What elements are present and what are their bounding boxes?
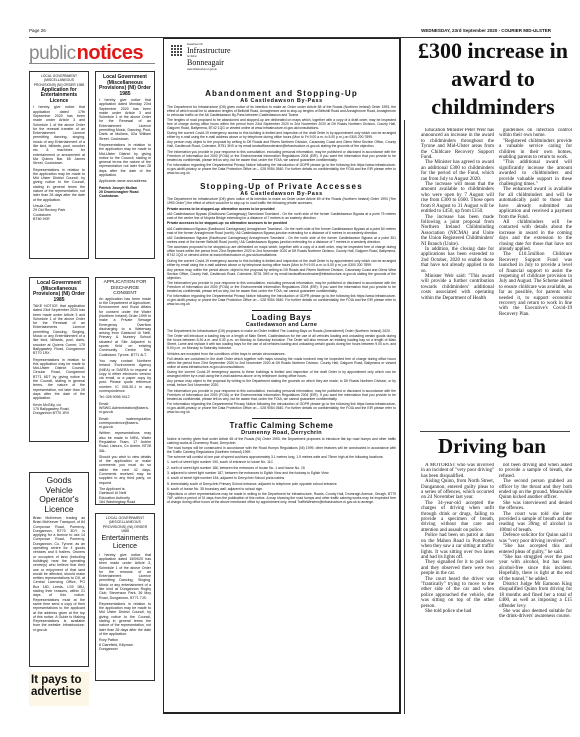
- section-masthead: public notices: [29, 42, 155, 64]
- column-rule: [404, 120, 405, 714]
- paragraph: The court heard the driver was "frantica…: [421, 577, 494, 609]
- notice-kicker: LOCAL GOVERNMENT (MISCELLANEOUS PROVISIO…: [99, 516, 151, 534]
- story-driving-ban-col-2: not been driving and when asked to provi…: [499, 463, 572, 701]
- paragraph: Education Minister Peter Weir has announ…: [421, 128, 494, 160]
- notice-kicker: LOCAL GOVERNMENT (MISCELLANEOUS PROVISIO…: [33, 74, 85, 87]
- notice-para: The Order will introduce a loading bay o…: [167, 334, 396, 350]
- notice-para: The Department for Infrastructure (DfI) …: [167, 105, 396, 117]
- paragraph: She was also deemed suitable for the dri…: [499, 609, 572, 620]
- paragraph: She told police she had: [421, 609, 494, 614]
- notice-body: Should you wish to view details of the a…: [99, 455, 151, 485]
- signoff-line: BT80 9XR: [33, 217, 85, 221]
- notice-body: You may contact Northern Ireland Environ…: [99, 359, 151, 393]
- notice-para: Private access to be stopped-up: alterna…: [167, 207, 396, 211]
- paragraph: Defence solicitor for Quinn said it was …: [499, 533, 572, 544]
- list-item: 4. south of street light number 184, adj…: [167, 476, 396, 480]
- notice-para: The information you provide in your resp…: [167, 389, 396, 401]
- paragraph: The increase has been made following a j…: [421, 215, 494, 247]
- notice-para: Any person may, within the period above,…: [167, 268, 396, 280]
- notice-body: I hereby give notice that application da…: [33, 105, 85, 165]
- notice-body: Applicants name and address:: [99, 179, 151, 183]
- story-childminders-col-1: Education Minister Peter Weir has announ…: [421, 128, 494, 425]
- paragraph: "Registered childminders provide a valua…: [499, 139, 572, 161]
- notice-body: I hereby give notice that application da…: [99, 553, 151, 600]
- notice-contact-email: Email: waterregulation correspondence@da…: [99, 417, 151, 430]
- notice-para: •A6 Castledawson Bypass (Eastbound Carri…: [167, 227, 396, 235]
- paragraph: They signalled for it to pull over and t…: [421, 560, 494, 576]
- paragraph: Police had been on patrol at 4am on the …: [421, 533, 494, 560]
- paragraph: The enhanced award is available for all …: [499, 187, 572, 219]
- notice-entertainments-licence-rugby-club: LOCAL GOVERNMENT (MISCELLANEOUS PROVISIO…: [95, 513, 155, 681]
- paragraph: The £10.5million Childcare Recovery Supp…: [499, 252, 572, 317]
- paragraph: The second person grabbed an officer by …: [499, 479, 572, 501]
- notice-para: For information regarding the Department…: [167, 163, 396, 175]
- notice-para: Any person may object to the proposal by…: [167, 379, 396, 387]
- paragraph: A MOTORIST who was involved in an incide…: [421, 463, 494, 479]
- section-title-private-accesses: Stopping-Up of Private Accesses: [167, 182, 396, 191]
- list-item: 2. north of street light number 186, bet…: [167, 466, 396, 470]
- notice-para: Objections or other representations may …: [167, 492, 396, 504]
- dfi-emblem-icon: [171, 45, 183, 57]
- dfi-logo: Department for Infrastructure An Roinn B…: [167, 43, 396, 79]
- notice-para: For information regarding the Department…: [167, 402, 396, 414]
- notice-para: Notice is hereby given that under Articl…: [167, 437, 396, 445]
- advert-line-1: It pays to: [31, 674, 87, 686]
- list-item: 3. adjacent to street light number 187, …: [167, 471, 396, 475]
- notice-body: TAKE NOTICE that application dated 23rd …: [33, 304, 85, 356]
- notice-goods-vehicle-operator-licence: Goods Vehicle Operator's Licence Brian M…: [29, 472, 89, 667]
- story-driving-ban-col-1: A MOTORIST who was involved in an incide…: [421, 463, 494, 701]
- notice-para: Any person may object to the proposal by…: [167, 140, 396, 148]
- notice-title: Entertainments Licence: [99, 535, 151, 551]
- notice-para: The information you provide in your resp…: [167, 150, 396, 162]
- dfi-notices-block: Department for Infrastructure An Roinn B…: [163, 38, 401, 714]
- house-advert: It pays to advertise: [29, 672, 89, 706]
- notice-para: The Department for Infrastructure (DfI) …: [167, 329, 396, 333]
- notice-para: The accesses proposed to be stopped-up a…: [167, 245, 396, 257]
- paragraph: She was interviewed and denied the offen…: [499, 501, 572, 512]
- notice-para: The lengths of road proposed to be aband…: [167, 118, 396, 130]
- signoff-line: Dungannon BT70 1RX: [33, 411, 85, 415]
- headline-childminders: £300 increase in award to childminders: [407, 37, 579, 121]
- notice-contact-email: Email: WSWG.Administration@daera-ni.gov.…: [99, 402, 151, 415]
- notice-contact-phone: Tel: 028 9056 9412: [99, 395, 151, 399]
- list-item: 1. north of street light number 190, sou…: [167, 460, 396, 464]
- notice-para: During the current Covid-19 emergency ac…: [167, 259, 396, 267]
- notice-para: During the current Covid-19 emergency ac…: [167, 131, 396, 139]
- notice-body: Representations in relation to the appli…: [99, 602, 151, 636]
- signoff-line: COALISLAND: [99, 504, 151, 505]
- signoff-line: Cookstown.: [99, 194, 151, 198]
- page-number: Page 26: [29, 28, 46, 33]
- notice-entertainment-licence-mullans: Local Government (Miscellaneous Provisio…: [95, 71, 155, 259]
- paragraph: The increase will mean that the amount a…: [421, 182, 494, 214]
- masthead-word-public: public: [29, 43, 76, 65]
- paragraph: The Minister has agreed to award an addi…: [421, 160, 494, 182]
- paragraph: "She has accepted this and entered pleas…: [499, 544, 572, 555]
- paragraph: Minister Weir said: "This award will pro…: [421, 274, 494, 301]
- notice-para: The scheme will consist of one pair of s…: [167, 455, 396, 459]
- notice-body: Representations in relation to this appl…: [33, 358, 85, 401]
- notice-para: •A6 Castledawson Bypass (Eastbound Carri…: [167, 212, 396, 220]
- paragraph: The court was told she later provided a …: [499, 512, 572, 534]
- paragraph: District Judge Mr Eamonn King disqualifi…: [499, 582, 572, 609]
- notice-body: I hereby give notice that application da…: [99, 98, 151, 141]
- paragraph: All childminders will be contacted with …: [499, 220, 572, 252]
- notice-title: Local Government (Miscellaneous Provisio…: [99, 75, 151, 97]
- section-divider: [252, 179, 312, 180]
- notice-body: Written representations may also be made…: [99, 431, 151, 452]
- masthead-word-notices: notices: [77, 42, 144, 65]
- notice-body: An application has been made to the Depa…: [99, 297, 151, 357]
- paragraph: guidelines on infection control within t…: [499, 128, 572, 139]
- section-title-loading-bays: Loading Bays: [167, 313, 396, 322]
- notice-body: Representations in relation to the appli…: [99, 143, 151, 177]
- section-divider: [252, 418, 312, 419]
- paragraph: Aisling Quinn, from North Street, Dungan…: [421, 479, 494, 501]
- section-title-abandonment: Abandonment and Stopping-Up: [167, 89, 396, 98]
- dfi-url: www.infrastructure-ni.gov.uk: [187, 67, 231, 72]
- notice-body: Representations in relation to the appli…: [33, 168, 85, 202]
- notice-para: The information you provide in your resp…: [167, 281, 396, 293]
- notice-title: APPLICATION FOR DISCHARGE CONSENT: [99, 280, 151, 297]
- notice-title: Local Government (Miscellaneous Provisio…: [33, 281, 85, 303]
- story-divider: [420, 431, 570, 432]
- notice-para: During the current Covid-19 emergency ac…: [167, 370, 396, 378]
- list-item: 5. immediately south of Derrychrin Prima…: [167, 482, 396, 486]
- paragraph: In addition, the closing date for applic…: [421, 247, 494, 274]
- notice-para: The Department for Infrastructure (DfI) …: [167, 197, 396, 205]
- notice-para: The road humps will be constructed in ac…: [167, 446, 396, 454]
- dfi-name: Infrastructure: [187, 46, 231, 55]
- paragraph: "She has struggled over the past year wi…: [499, 555, 572, 582]
- list-item: 6. south of house No. 35 boundary wall, …: [167, 487, 396, 491]
- notice-entertainments-licence-1: LOCAL GOVERNMENT (MISCELLANEOUS PROVISIO…: [29, 71, 89, 259]
- notice-title: Application for Entertainments Licence: [33, 88, 85, 105]
- notice-body: Brian McKeever, trading as Brian McKeeve…: [33, 516, 85, 632]
- notice-para: Full details are contained in the draft …: [167, 357, 396, 369]
- notice-para: Private accesses to be stopped-up: no al…: [167, 221, 396, 225]
- paragraph: not been driving and when asked to provi…: [499, 463, 572, 479]
- signoff-line: Dungannon: [99, 647, 151, 651]
- advert-line-2: advertise: [31, 686, 87, 698]
- dfi-irish-name: Bonneagair: [187, 58, 231, 67]
- notice-title: Goods Vehicle Operator's Licence: [33, 476, 85, 514]
- notice-para: Vehicles are excepted from the condition…: [167, 352, 396, 356]
- notice-discharge-consent: APPLICATION FOR DISCHARGE CONSENT An app…: [95, 277, 155, 505]
- notice-entertainments-licence-quiens-corner: Local Government (Miscellaneous Provisio…: [29, 277, 89, 442]
- section-divider: [252, 310, 312, 311]
- dateline: WEDNESDAY, 23rd September 2020 - COURIER…: [421, 28, 551, 33]
- paragraph: The 34-year-old accepted the charges of …: [421, 501, 494, 533]
- paragraph: "This additional award will significantl…: [499, 160, 572, 187]
- headline-driving-ban: Driving ban: [407, 434, 577, 458]
- story-childminders-col-2: guidelines on infection control within t…: [499, 128, 572, 425]
- section-title-traffic-calming: Traffic Calming Scheme: [167, 421, 396, 430]
- notice-para: For information regarding the Department…: [167, 294, 396, 306]
- notice-para: •A6 Castledawson Bypass (Eastbound Carri…: [167, 236, 396, 244]
